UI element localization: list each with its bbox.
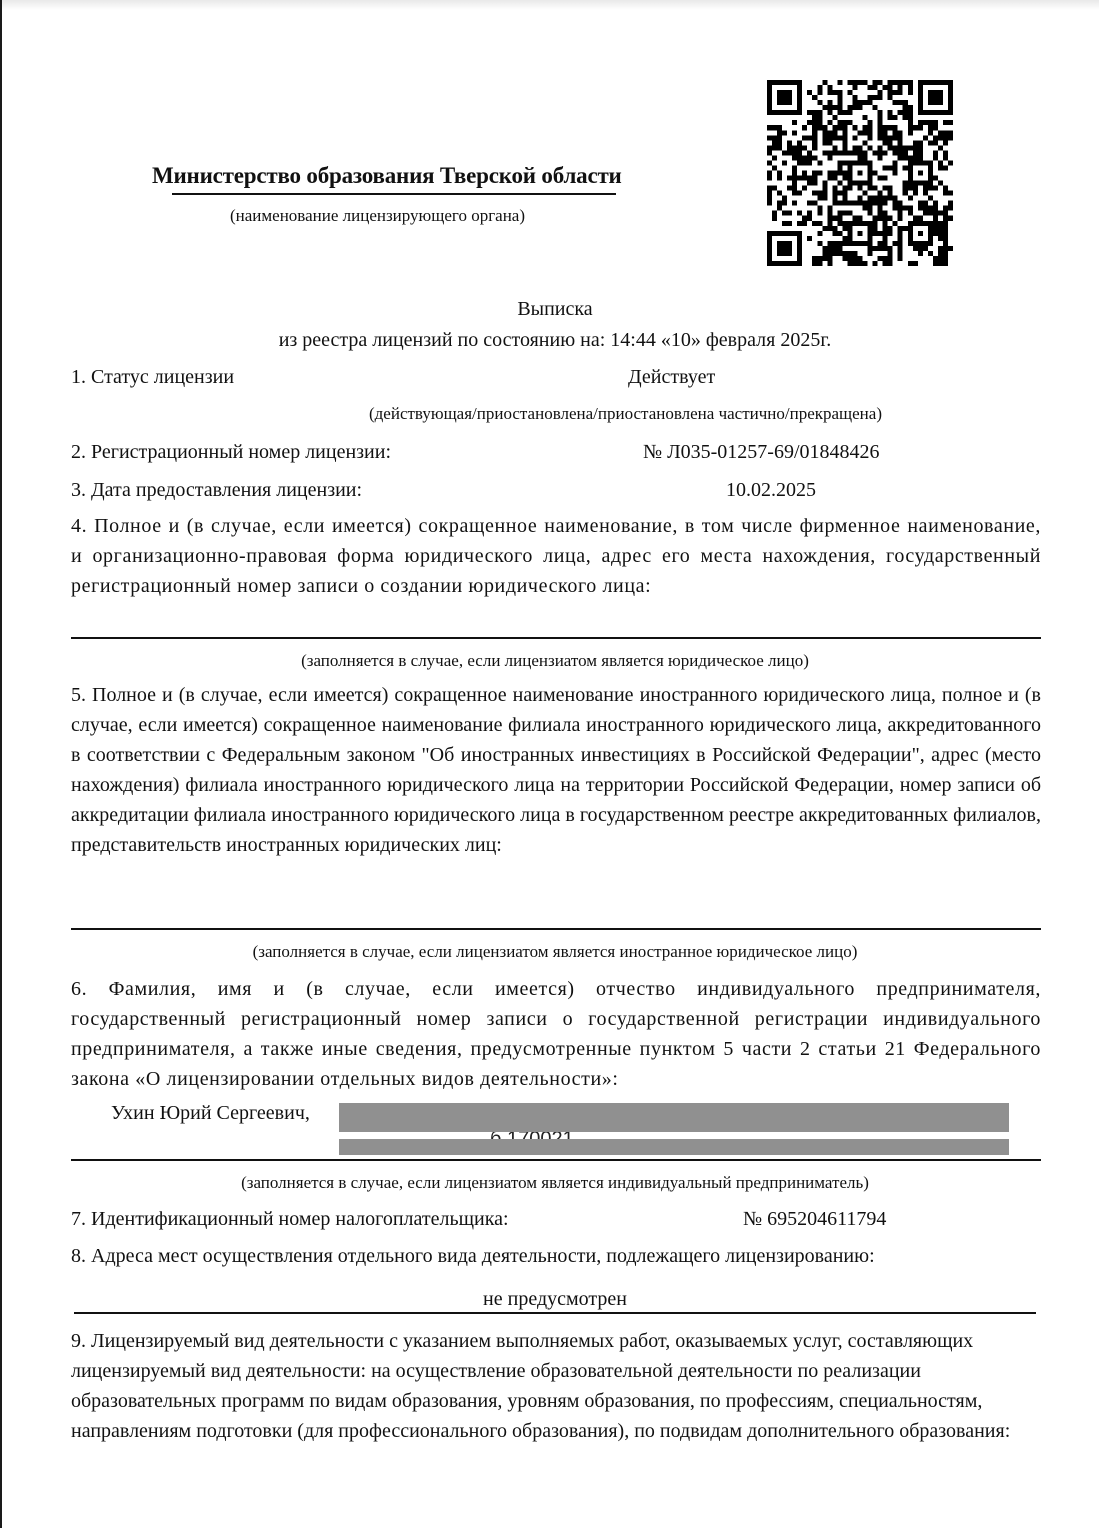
authority-underline — [172, 193, 616, 195]
addresses-label: 8. Адреса мест осуществления отдельного … — [71, 1245, 875, 1268]
status-caption: (действующая/приостановлена/приостановле… — [369, 404, 882, 424]
document-subtitle: из реестра лицензий по состоянию на: 14:… — [0, 329, 1099, 352]
entrepreneur-field-line — [71, 1159, 1041, 1161]
issue-date-label: 3. Дата предоставления лицензии: — [71, 479, 362, 502]
redaction-block — [339, 1139, 1009, 1155]
page-top-shadow — [0, 0, 1099, 10]
foreign-entity-text: 5. Полное и (в случае, если имеется) сок… — [71, 680, 1041, 860]
issue-date-value: 10.02.2025 — [726, 479, 816, 502]
activity-text: 9. Лицензируемый вид деятельности с указ… — [71, 1326, 1031, 1446]
qr-code-icon — [766, 80, 954, 266]
document-title: Выписка — [0, 298, 1099, 321]
foreign-entity-field-line — [71, 928, 1041, 930]
legal-entity-text: 4. Полное и (в случае, если имеется) сок… — [71, 511, 1041, 601]
reg-number-label: 2. Регистрационный номер лицензии: — [71, 441, 391, 464]
inn-value: № 695204611794 — [743, 1208, 886, 1231]
reg-number-value: № Л035-01257-69/01848426 — [643, 441, 880, 464]
entrepreneur-caption: (заполняется в случае, если лицензиатом … — [0, 1173, 1099, 1193]
licensing-authority-name: Министерство образования Тверской област… — [152, 163, 622, 189]
addresses-field-line — [74, 1312, 1036, 1314]
foreign-entity-caption: (заполняется в случае, если лицензиатом … — [0, 942, 1099, 962]
entrepreneur-name: Ухин Юрий Сергеевич, — [111, 1102, 310, 1125]
legal-entity-field-line — [71, 637, 1041, 639]
inn-label: 7. Идентификационный номер налогоплатель… — [71, 1208, 509, 1231]
legal-entity-caption: (заполняется в случае, если лицензиатом … — [0, 651, 1099, 671]
addresses-value: не предусмотрен — [0, 1288, 1099, 1311]
licensing-authority-caption: (наименование лицензирующего органа) — [230, 206, 525, 226]
status-label: 1. Статус лицензии — [71, 366, 234, 389]
entrepreneur-text: 6. Фамилия, имя и (в случае, если имеетс… — [71, 974, 1041, 1094]
status-value: Действует — [628, 366, 715, 389]
redaction-block — [339, 1103, 1009, 1132]
